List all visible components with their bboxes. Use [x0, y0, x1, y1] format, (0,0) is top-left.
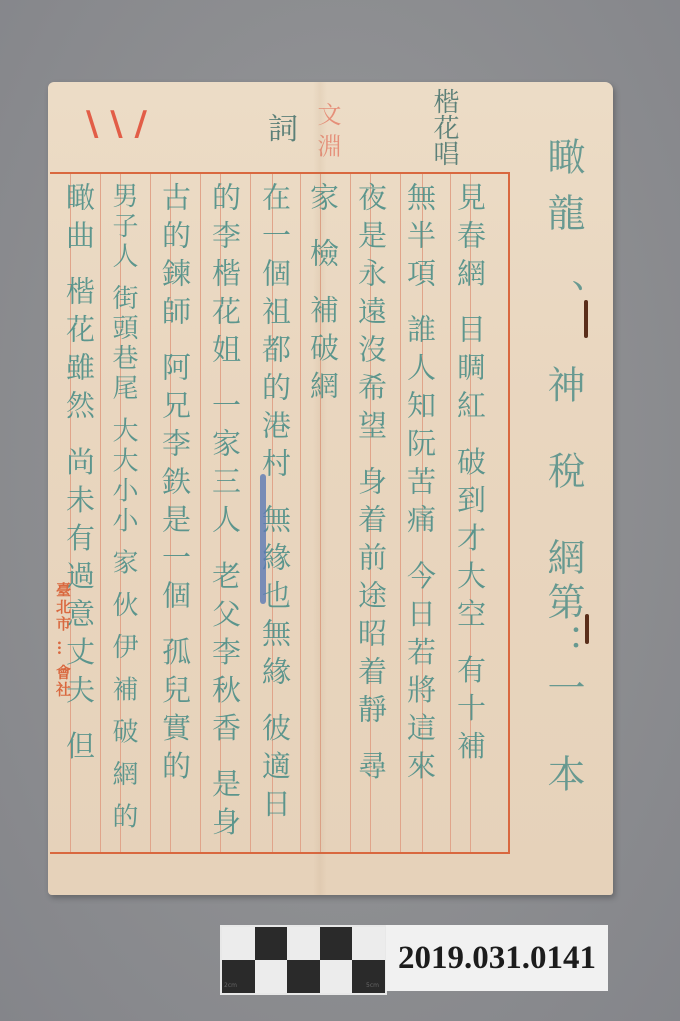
- rule-line: [450, 174, 451, 852]
- text-column-7: 古的鍊師 阿兄李鉄是一個 孤兒實的: [160, 182, 189, 788]
- binding-hole-mark: [585, 614, 589, 644]
- scale-square: [255, 927, 288, 960]
- rule-line: [300, 174, 301, 852]
- scale-square: [287, 960, 320, 993]
- text-column-8: 男子人 街頭巷尾 大大小小 家 伙 伊 補 破 網 的: [110, 182, 136, 832]
- scale-square: [255, 960, 288, 993]
- right-margin-volume: 第 一 本: [536, 582, 591, 810]
- scale-note-right: 5cm: [366, 982, 379, 989]
- scale-square: [287, 927, 320, 960]
- text-column-2: 無半項 誰人知阮苦痛 今日若將這來: [405, 182, 434, 788]
- scale-square: [320, 960, 353, 993]
- rule-line: [150, 174, 151, 852]
- publisher-imprint: 臺北市 … 會社: [53, 582, 74, 698]
- rule-line: [200, 174, 201, 852]
- rule-line: [400, 174, 401, 852]
- rule-line: [100, 174, 101, 852]
- header-note: 楷花唱: [426, 88, 463, 166]
- color-scale-bar: [220, 925, 387, 995]
- title-character: 詞: [268, 104, 298, 148]
- text-column-6: 的李楷花姐 一家三人 老父李秋香 是身: [210, 182, 239, 845]
- scale-note-left: 2cm: [224, 982, 237, 989]
- text-column-3: 夜是永遠沒希望 身着前途昭着靜 尋: [356, 182, 385, 788]
- red-tick-mark: \ \ /: [86, 104, 147, 144]
- text-column-4: 家 檢 補破網: [308, 182, 337, 408]
- rule-line: [250, 174, 251, 852]
- scale-square: [320, 927, 353, 960]
- ruled-writing-grid: 見春網 目睭紅 破到才大空 有十補 無半項 誰人知阮苦痛 今日若將這來 夜是永遠…: [50, 172, 510, 854]
- red-stamp: 文 淵: [310, 102, 345, 158]
- manuscript-page: \ \ / 詞 文 淵 楷花唱 瞰龍 、 神 稅 網 ： 第 一 本 見春網 目…: [48, 82, 613, 895]
- binding-hole-mark: [584, 300, 588, 338]
- catalog-number: 2019.031.0141: [398, 940, 596, 977]
- scale-square: [222, 927, 255, 960]
- rule-line: [350, 174, 351, 852]
- rule-line: [320, 174, 321, 852]
- blue-pencil-stroke: [260, 474, 266, 604]
- text-column-1: 見春網 目睭紅 破到才大空 有十補: [455, 182, 484, 769]
- scale-square: [352, 927, 385, 960]
- catalog-label: 2019.031.0141: [386, 925, 608, 991]
